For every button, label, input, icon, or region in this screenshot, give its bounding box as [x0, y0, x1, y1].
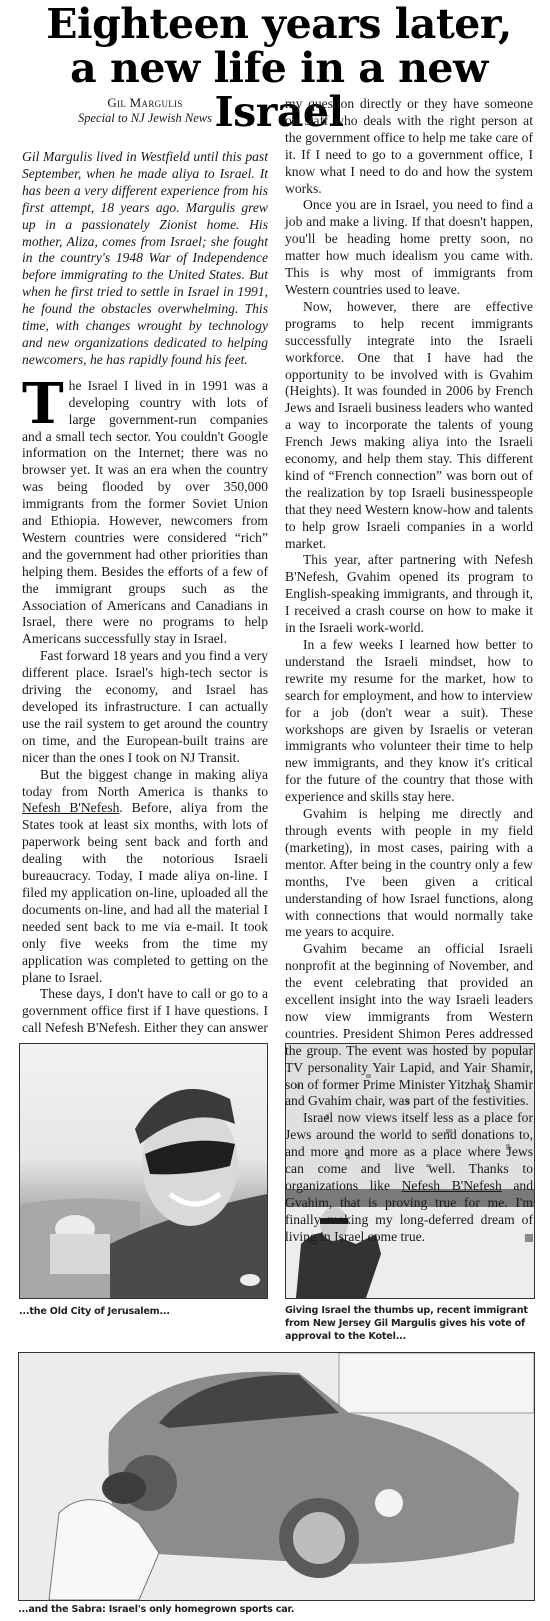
paragraph-2: Fast forward 18 years and you find a ver… [22, 648, 268, 766]
drop-cap: T [22, 382, 64, 426]
paragraph-11: Israel now views itself less as a place … [285, 1110, 533, 1245]
paragraph-9: Gvahim is helping me directly and throug… [285, 806, 533, 941]
photo-old-city-illustration [20, 1044, 267, 1298]
paragraph-10: Gvahim became an official Israeli nonpro… [285, 941, 533, 1110]
photo-sabra-car-illustration [19, 1353, 534, 1600]
article-intro: Gil Margulis lived in Westfield until th… [22, 149, 268, 369]
paragraph-5: Once you are in Israel, you need to find… [285, 197, 533, 298]
photo-sabra-car-caption: ...and the Sabra: Israel's only homegrow… [18, 1603, 533, 1616]
byline: Gil Margulis Special to NJ Jewish News [22, 96, 268, 126]
paragraph-8: In a few weeks I learned how better to u… [285, 637, 533, 806]
headline-line-1: Eighteen years later, [46, 0, 511, 48]
article-column-right-content: my question directly or they have someon… [285, 96, 533, 1246]
nefesh-bnefesh-link-2[interactable]: Nefesh B'Nefesh [402, 1178, 502, 1193]
paragraph-1: The Israel I lived in in 1991 was a deve… [22, 378, 268, 649]
paragraph-7: This year, after partnering with Nefesh … [285, 552, 533, 637]
end-of-article-icon [525, 1234, 533, 1242]
article-column-left: Gil Margulis Special to NJ Jewish News G… [22, 96, 268, 1037]
photo-old-city [19, 1043, 268, 1299]
nefesh-bnefesh-link[interactable]: Nefesh B'Nefesh [22, 800, 119, 815]
photo-sabra-car [18, 1352, 535, 1601]
paragraph-4-continued: my question directly or they have someon… [285, 96, 533, 197]
byline-author: Gil Margulis [22, 96, 268, 110]
paragraph-4: These days, I don't have to call or go t… [22, 986, 268, 1037]
paragraph-3: But the biggest change in making aliya t… [22, 767, 268, 987]
photo-kotel-caption: Giving Israel the thumbs up, recent immi… [285, 1304, 534, 1343]
photo-old-city-caption: ...the Old City of Jerusalem... [19, 1305, 266, 1318]
byline-publication: Special to NJ Jewish News [22, 110, 268, 126]
paragraph-6: Now, however, there are effective progra… [285, 299, 533, 553]
